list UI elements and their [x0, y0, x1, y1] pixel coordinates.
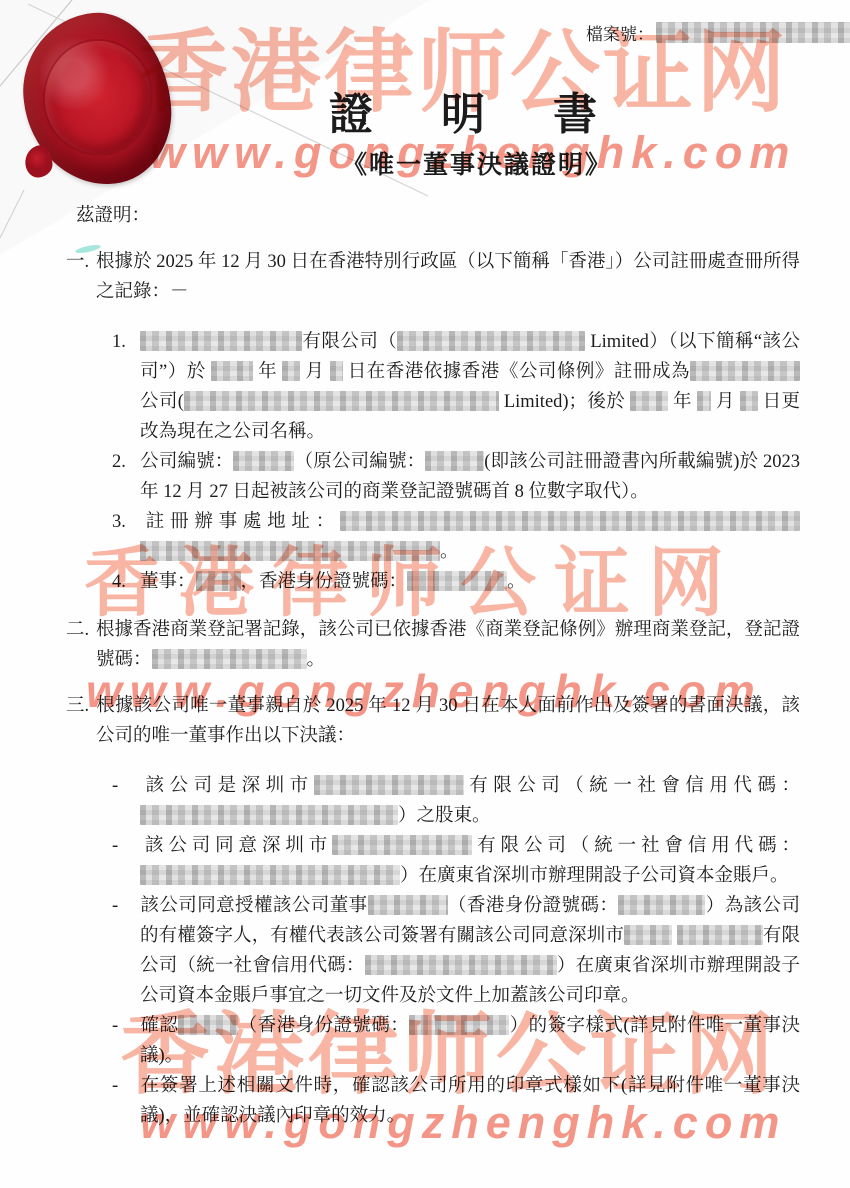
- list-marker: -: [112, 1071, 140, 1101]
- intro-text: 茲證明：: [66, 201, 800, 231]
- list-item: -確認（香港身份證號碼：）的簽字樣式(詳見附件唯一董事決議)。: [112, 1011, 800, 1071]
- redacted-text: [690, 361, 800, 381]
- text-run: ）在廣東省深圳市辦理開設子公司資本金賬戶。: [400, 866, 789, 886]
- text-run: （香港身份證號碼：: [238, 1016, 409, 1036]
- list-item: 3.註冊辦事處地址： 。: [112, 507, 800, 567]
- text-run: ）之股東。: [398, 806, 491, 826]
- list-item: -在簽署上述相關文件時，確認該公司所用的印章式樣如下(詳見附件唯一董事決議)，並…: [112, 1071, 800, 1131]
- list-item: -該公司同意授權該公司董事（香港身份證號碼：）為該公司的有權簽字人，有權代表該公…: [112, 891, 800, 1011]
- list-marker: 二.: [66, 615, 96, 645]
- redacted-text: [330, 361, 343, 381]
- text-run: 有限公司（統一社會信用代碼：: [464, 776, 800, 796]
- redacted-text: [233, 451, 294, 471]
- text-run: 董事：: [140, 572, 196, 592]
- list-marker: 4.: [112, 567, 140, 597]
- redacted-text: [152, 649, 307, 669]
- redacted-text: [282, 361, 300, 381]
- redacted-text: [178, 1015, 238, 1035]
- redacted-text: [196, 571, 241, 591]
- redacted-text: [140, 805, 398, 825]
- text-run: 年: [668, 392, 697, 412]
- text-run: 日在香港依據香港《公司條例》註冊成為: [343, 362, 690, 382]
- redacted-text: [397, 331, 585, 351]
- text-run: （香港身份證號碼：: [448, 896, 619, 916]
- redacted-text: [677, 925, 763, 945]
- text-run: 註冊辦事處地址：: [140, 512, 340, 532]
- redacted-text: [740, 391, 758, 411]
- text-run: 月: [300, 362, 329, 382]
- text-run: 。: [507, 572, 526, 592]
- redacted-text: [365, 955, 557, 975]
- redacted-text: [140, 541, 440, 561]
- redacted-text: [624, 925, 672, 945]
- redacted-text: [409, 1015, 509, 1035]
- list-item: 4.董事：，香港身份證號碼：。: [112, 567, 800, 597]
- redacted-text: [332, 835, 472, 855]
- redacted-text: [140, 331, 302, 351]
- text-run: 公司編號：: [140, 452, 233, 472]
- document-page: 檔案號： 證 明 書 《唯一董事決議證明》 茲證明： 一.根據於 2025 年 …: [0, 0, 850, 1188]
- list-marker: 1.: [112, 327, 140, 357]
- redacted-text: [697, 391, 711, 411]
- redacted-text: [425, 451, 484, 471]
- text-run: 該公司同意授權該公司董事: [140, 896, 368, 916]
- sections-container: 一.根據於 2025 年 12 月 30 日在香港特別行政區（以下簡稱「香港」）…: [66, 247, 800, 1131]
- text-run: 。: [440, 542, 459, 562]
- text-run: 確認: [140, 1016, 178, 1036]
- list-marker: -: [112, 831, 140, 861]
- list-item: 1.有限公司（ Limited）（以下簡稱“該公司”）於 年 月 日在香港依據香…: [112, 327, 800, 447]
- redacted-text: [368, 895, 448, 915]
- text-run: 公司(: [140, 392, 184, 412]
- redacted-text: [618, 895, 705, 915]
- redacted-text: [314, 775, 464, 795]
- list-marker: -: [112, 771, 140, 801]
- section-paragraph: 二.根據香港商業登記署記錄，該公司已依據香港《商業登記條例》辦理商業登記，登記證…: [66, 615, 800, 675]
- list-item: -該公司是深圳市有限公司（統一社會信用代碼：）之股東。: [112, 771, 800, 831]
- text-run: ，香港身份證號碼：: [241, 572, 408, 592]
- list-item: 2.公司編號：（原公司編號：(即該公司註冊證書內所載編號)於 2023 年 12…: [112, 447, 800, 507]
- list-item: -該公司同意深圳市有限公司（統一社會信用代碼：）在廣東省深圳市辦理開設子公司資本…: [112, 831, 800, 891]
- text-run: 有限公司（統一社會信用代碼：: [472, 836, 800, 856]
- document-content: 證 明 書 《唯一董事決議證明》 茲證明： 一.根據於 2025 年 12 月 …: [0, 90, 850, 1131]
- file-number-label: 檔案號：: [586, 20, 654, 45]
- document-subtitle: 《唯一董事決議證明》: [110, 150, 844, 181]
- redacted-text: [184, 391, 499, 411]
- section-paragraph: 三.根據該公司唯一董事親自於 2025 年 12 月 30 日在本人面前作出及簽…: [66, 691, 800, 751]
- text-run: 年: [253, 362, 282, 382]
- list-marker: 一.: [66, 247, 96, 277]
- document-title: 證 明 書: [102, 90, 836, 141]
- redacted-file-number: [656, 22, 850, 43]
- text-run: 根據該公司唯一董事親自於 2025 年 12 月 30 日在本人面前作出及簽署的…: [96, 696, 800, 746]
- text-run: 月: [711, 392, 740, 412]
- text-run: 該公司是深圳市: [140, 776, 314, 796]
- text-run: 根據於 2025 年 12 月 30 日在香港特別行政區（以下簡稱「香港」）公司…: [96, 252, 800, 302]
- list-marker: -: [112, 891, 140, 921]
- section-paragraph: 一.根據於 2025 年 12 月 30 日在香港特別行政區（以下簡稱「香港」）…: [66, 247, 800, 307]
- text-run: 有限公司（: [302, 332, 397, 352]
- list-marker: -: [112, 1011, 140, 1041]
- text-run: 。: [307, 650, 326, 670]
- file-number-row: 檔案號：: [586, 20, 850, 45]
- redacted-text: [340, 511, 800, 531]
- list-marker: 2.: [112, 447, 140, 477]
- redacted-text: [140, 865, 400, 885]
- redacted-text: [407, 571, 507, 591]
- text-run: 在簽署上述相關文件時，確認該公司所用的印章式樣如下(詳見附件唯一董事決議)，並確…: [140, 1076, 800, 1126]
- text-run: （原公司編號：: [294, 452, 425, 472]
- list-marker: 三.: [66, 691, 96, 721]
- list-marker: 3.: [112, 507, 140, 537]
- text-run: 該公司同意深圳市: [140, 836, 332, 856]
- text-run: Limited)；後於: [499, 392, 630, 412]
- redacted-text: [211, 361, 253, 381]
- redacted-text: [630, 391, 668, 411]
